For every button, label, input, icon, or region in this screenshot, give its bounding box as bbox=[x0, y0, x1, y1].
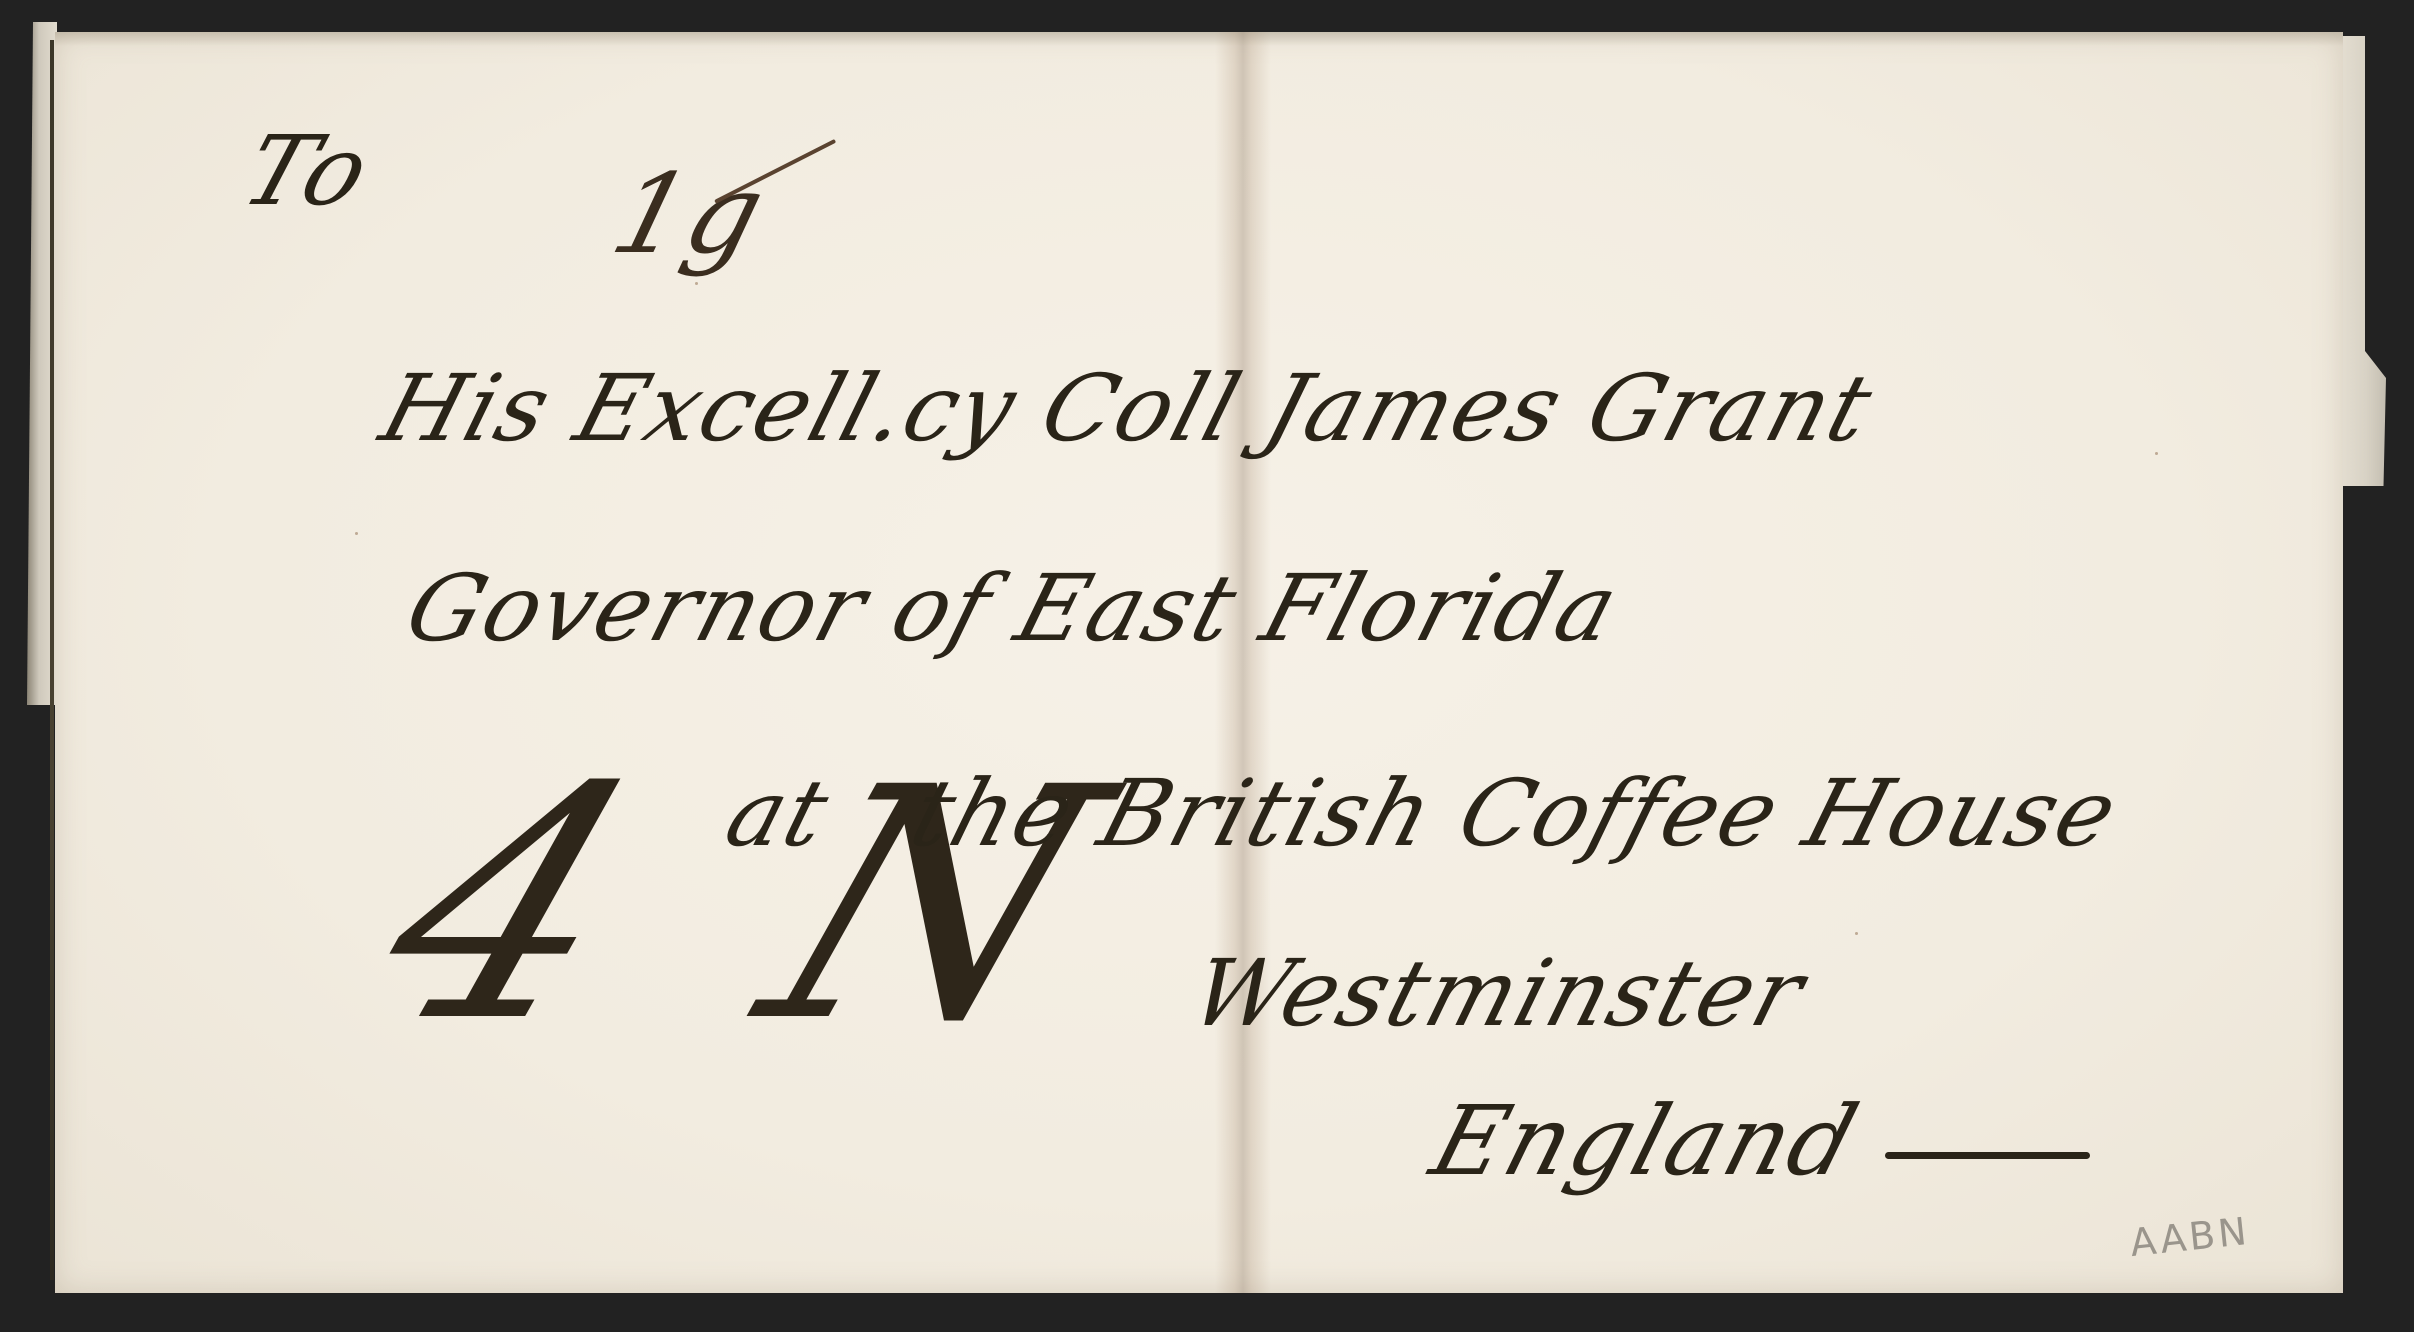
letter-image: To 1g His Excell.cy Coll James Grant Gov… bbox=[0, 0, 2414, 1332]
right-fold-flap bbox=[2336, 36, 2386, 486]
paper-speck bbox=[695, 282, 698, 285]
left-edge-shadow bbox=[50, 40, 54, 1280]
address-country: England bbox=[1420, 1085, 1871, 1197]
paper-speck bbox=[355, 532, 358, 535]
closing-flourish-dash bbox=[1885, 1152, 2090, 1159]
address-city: Westminster bbox=[1180, 940, 1817, 1047]
paper-speck bbox=[2155, 452, 2158, 455]
paper-speck bbox=[1855, 932, 1858, 935]
address-recipient: His Excell.cy Coll James Grant bbox=[370, 355, 1885, 462]
letter-cover-paper bbox=[55, 32, 2343, 1293]
address-title: Governor of East Florida bbox=[395, 555, 1631, 662]
address-location: the British Coffee House bbox=[900, 760, 2130, 867]
paper-top-edge bbox=[55, 32, 2343, 46]
vertical-fold-crease bbox=[1215, 32, 1271, 1293]
